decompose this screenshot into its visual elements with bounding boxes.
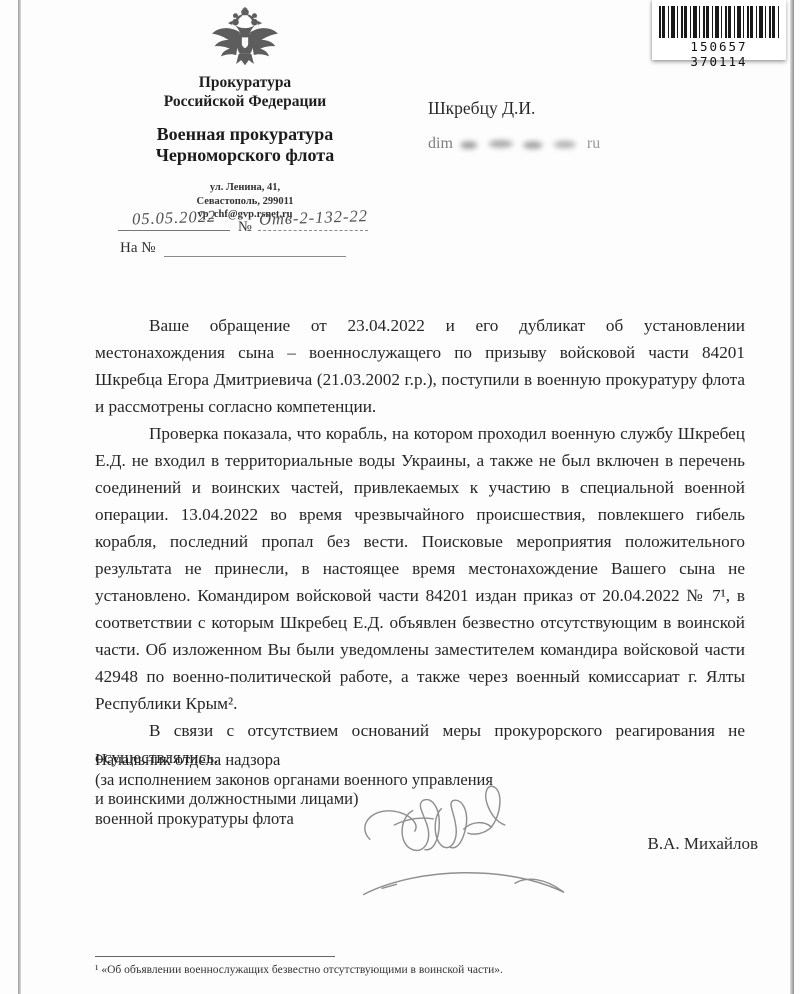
footnote-text: ¹ «Об объявлении военнослужащих безвестн… bbox=[95, 964, 735, 976]
recipient-block: Шкребцу Д.И. dim ru bbox=[428, 98, 600, 153]
letterhead: Прокуратура Российской Федерации Военная… bbox=[110, 6, 380, 222]
recipient-email-end: ru bbox=[587, 135, 600, 153]
org-name-line1: Прокуратура bbox=[110, 74, 380, 93]
page-edge-left bbox=[18, 0, 21, 994]
signatory-name: В.А. Михайлов bbox=[647, 834, 758, 854]
letter-body: Ваше обращение от 23.04.2022 и его дубли… bbox=[95, 312, 745, 771]
address-city: Севастополь, 299011 bbox=[110, 195, 380, 209]
coat-of-arms-icon bbox=[207, 6, 283, 70]
body-paragraph-2: Проверка показала, что корабль, на котор… bbox=[95, 420, 745, 717]
barcode-bars-icon bbox=[659, 6, 779, 38]
footnote-separator-rule bbox=[95, 956, 335, 957]
outgoing-number-field: Отв-2-132-22 bbox=[258, 208, 368, 231]
signatory-title-line1: Начальник отдела надзора bbox=[95, 750, 493, 770]
recipient-email-redaction-blur bbox=[456, 138, 584, 151]
handwritten-date: 05.05.2022 bbox=[132, 207, 217, 230]
handwritten-number: Отв-2-132-22 bbox=[258, 206, 368, 230]
unit-name-line2: Черноморского флота bbox=[110, 145, 380, 166]
unit-name-line1: Военная прокуратура bbox=[110, 124, 380, 145]
reply-to-blank-rule bbox=[164, 242, 346, 257]
barcode-number: 150657 370114 bbox=[659, 39, 779, 69]
handwritten-signature-icon bbox=[352, 780, 590, 918]
reply-to-line: На № bbox=[120, 240, 346, 257]
recipient-email-start: dim bbox=[428, 135, 453, 153]
org-name-line2: Российской Федерации bbox=[110, 93, 380, 112]
recipient-name: Шкребцу Д.И. bbox=[428, 98, 600, 119]
barcode-sticker: 150657 370114 bbox=[652, 0, 786, 60]
address-street: ул. Ленина, 41, bbox=[110, 181, 380, 195]
outgoing-date-field: 05.05.2022 bbox=[118, 208, 230, 231]
number-sign: № bbox=[238, 219, 252, 236]
scanned-letter-page: 150657 370114 bbox=[0, 0, 800, 994]
body-paragraph-1: Ваше обращение от 23.04.2022 и его дубли… bbox=[95, 312, 745, 420]
recipient-email: dim ru bbox=[428, 135, 600, 153]
page-edge-right bbox=[790, 0, 794, 994]
reply-to-label: На № bbox=[120, 240, 156, 256]
